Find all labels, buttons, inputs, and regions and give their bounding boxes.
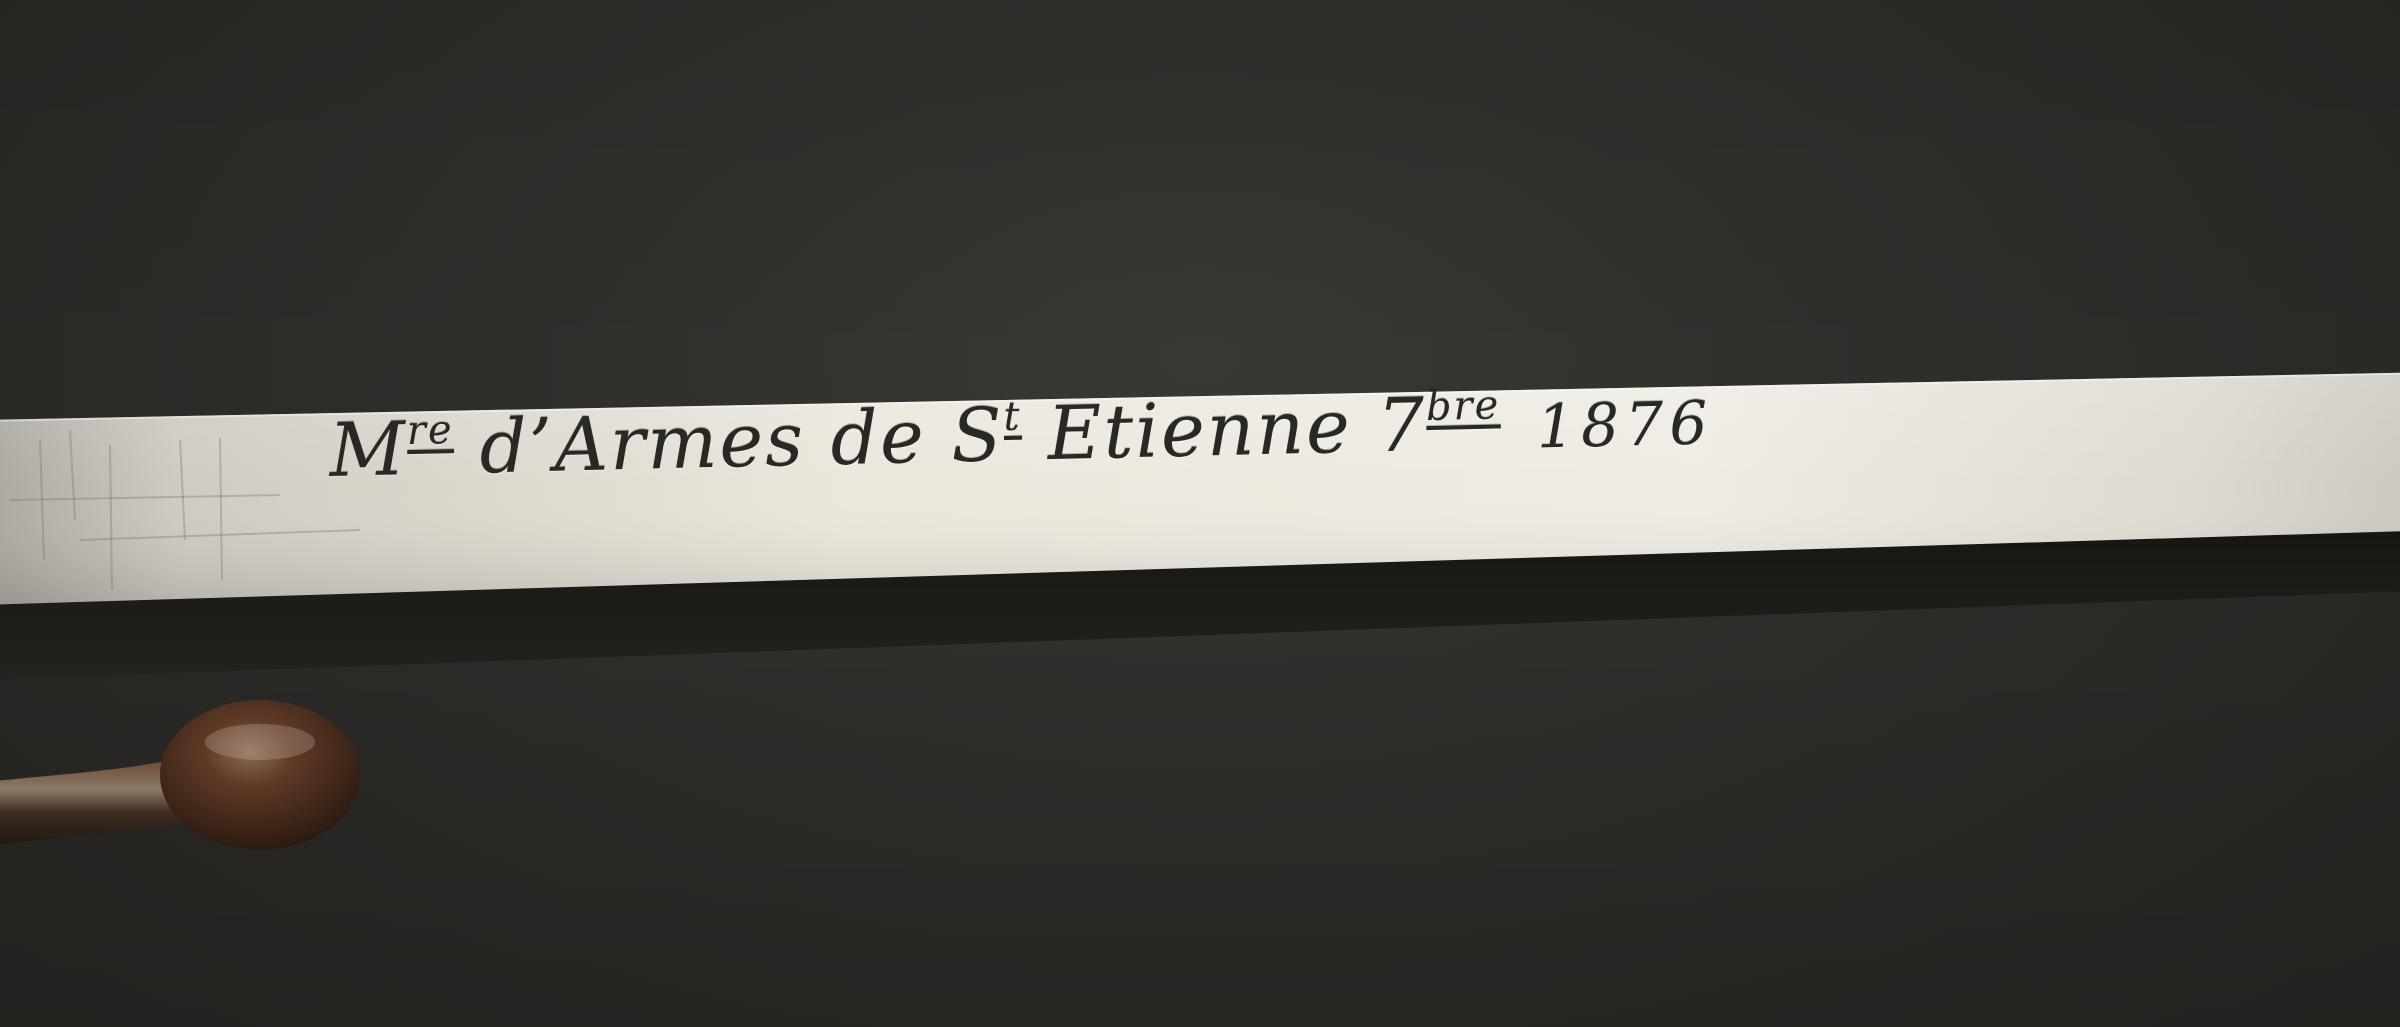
inscription-text: Mre d’Armes de St Etienne 7bre1876	[329, 380, 1715, 488]
rusted-quillon-hook	[0, 680, 400, 880]
photo-scene: Mre d’Armes de St Etienne 7bre1876	[0, 0, 2400, 1027]
inscription-date: 1876	[1536, 388, 1714, 462]
